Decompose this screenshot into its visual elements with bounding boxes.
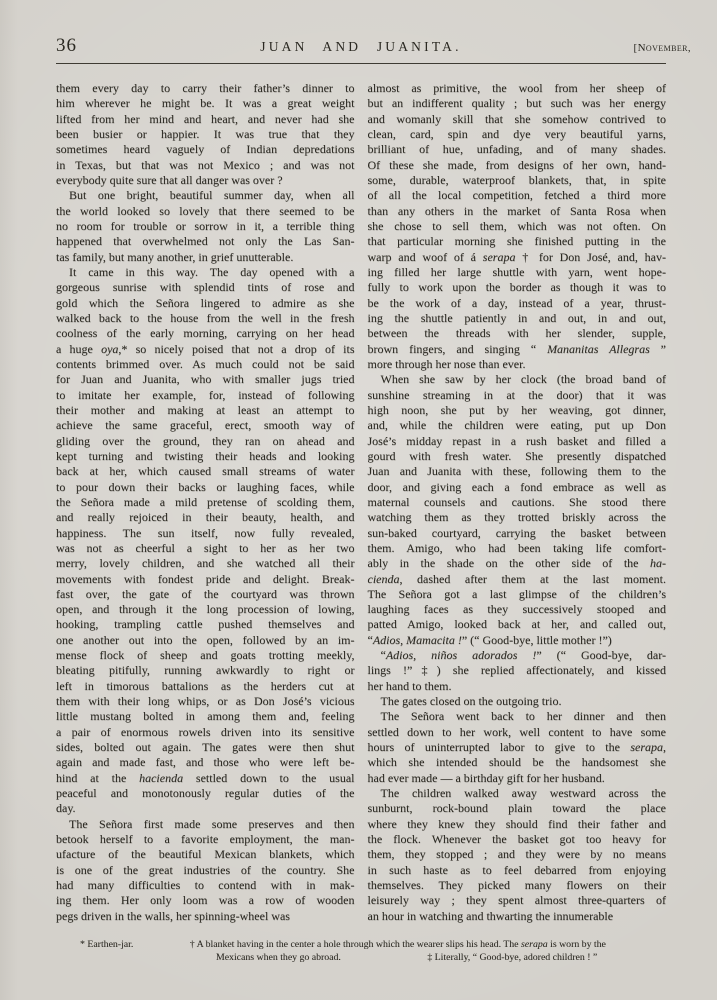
text-line: cienda, dashed after them at the last mo… <box>368 572 667 587</box>
text-line: hind at the hacienda settled down to the… <box>56 771 355 786</box>
page-header: 36 JUAN AND JUANITA. [November, <box>56 35 666 57</box>
paragraph: almost as primitive, the wool from her s… <box>368 81 667 372</box>
text-line: back at her, which caused small streams … <box>56 464 355 479</box>
text-line: ably in the shade on the other side of t… <box>368 556 667 571</box>
text-line: to imitate her example, for, instead of … <box>56 388 355 403</box>
text-line: that particular morning she finished put… <box>368 234 667 249</box>
text-line: ing them. Her only loom was a row of woo… <box>56 893 355 908</box>
text-line: is one of the great industries of the co… <box>56 863 355 878</box>
text-line: than any others in the market of Santa R… <box>368 204 667 219</box>
text-line: Juan and Juanita with these, following t… <box>368 464 667 479</box>
text-line: the Señora made a mild pretense of scold… <box>56 495 355 510</box>
text-line: almost as primitive, the wool from her s… <box>368 81 667 96</box>
text-line: brown fingers, and singing “ Mananitas A… <box>368 342 667 357</box>
text-line: leisurely way ; they spent almost three-… <box>368 893 667 908</box>
text-line: sun-baked courtyard, carrying the basket… <box>368 526 667 541</box>
text-line: him wherever he might be. It was a great… <box>56 96 355 111</box>
text-line: achieve the same graceful, erect, smooth… <box>56 418 355 433</box>
paragraph: It came in this way. The day opened with… <box>56 265 355 817</box>
text-columns: them every day to carry their father’s d… <box>56 81 666 924</box>
text-line: themselves. They picked many flowers on … <box>368 878 667 893</box>
text-line: betook herself to a favorite employment,… <box>56 832 355 847</box>
paragraph: them every day to carry their father’s d… <box>56 81 355 188</box>
page-content: 36 JUAN AND JUANITA. [November, them eve… <box>56 35 666 964</box>
text-line: It came in this way. The day opened with… <box>56 265 355 280</box>
issue-label: [November, <box>601 42 691 54</box>
text-line: ing filled her large shuttle with yarn, … <box>368 265 667 280</box>
footnote-blanket: † A blanket having in the center a hole … <box>190 939 606 950</box>
text-line: had ever made — a birthday gift for her … <box>368 771 667 786</box>
text-line: sides, bolted out again. The gates were … <box>56 740 355 755</box>
text-line: “Adios, niños adorados !” (“ Good-bye, d… <box>368 648 667 663</box>
text-line: watching them as they trotted briskly ac… <box>368 510 667 525</box>
text-line: door, and giving each a fond embrace as … <box>368 480 667 495</box>
text-line: contents brimmed over. As much could not… <box>56 357 355 372</box>
text-line: a pair of enormous rowels driven into it… <box>56 725 355 740</box>
text-line: which she intended should be the handsom… <box>368 755 667 770</box>
text-line: their mother and making at least an atte… <box>56 403 355 418</box>
text-line: merry, lovely children, and she watched … <box>56 556 355 571</box>
text-line: But one bright, beautiful summer day, wh… <box>56 188 355 203</box>
text-line: lings !”‡) she replied affectionately, a… <box>368 663 667 678</box>
paragraph: When she saw by her clock (the broad ban… <box>368 372 667 648</box>
text-line: sunburnt, rock-bound plain toward the pl… <box>368 801 667 816</box>
paragraph: But one bright, beautiful summer day, wh… <box>56 188 355 265</box>
text-line: movements with fondest pride and delight… <box>56 572 355 587</box>
text-line: her hand to them. <box>368 679 667 694</box>
text-line: warp and woof of á serapa † for Don José… <box>368 250 667 265</box>
scanned-book-page: 36 JUAN AND JUANITA. [November, them eve… <box>0 0 717 1000</box>
text-line: gorgeous sunrise with splendid tints of … <box>56 280 355 295</box>
text-line: happened that overwhelmed not only the L… <box>56 234 355 249</box>
text-line: a huge oya,* so nicely poised that not a… <box>56 342 355 357</box>
text-line: “Adios, Mamacita !” (“ Good-bye, little … <box>368 633 667 648</box>
text-line: lifted from her mind and heart, and neve… <box>56 112 355 127</box>
text-line: and womanly skill that she somehow contr… <box>368 112 667 127</box>
text-line: The Señora first made some preserves and… <box>56 817 355 832</box>
text-line: gold which the Señora lingered to admire… <box>56 296 355 311</box>
text-line: more through her nose than ever. <box>368 357 667 372</box>
text-line: José’s midday repast in a rush basket an… <box>368 434 667 449</box>
footnotes: * Earthen-jar. † A blanket having in the… <box>56 938 666 964</box>
paragraph: The Señora first made some preserves and… <box>56 817 355 924</box>
text-line: sometimes heard vaguely of Indian depred… <box>56 142 355 157</box>
text-line: them, they stopped ; and they were by no… <box>368 847 667 862</box>
header-rule <box>56 63 666 64</box>
text-line: little mustang bolted in among them and,… <box>56 709 355 724</box>
text-line: happiness. The sun itself, now fully rev… <box>56 526 355 541</box>
text-line: the flock. Whenever the basket got too h… <box>368 832 667 847</box>
footnote-line: Mexicans when they go abroad. ‡ Literall… <box>56 951 666 964</box>
text-line: The Señora went back to her dinner and t… <box>368 709 667 724</box>
footnote-earthen-jar: * Earthen-jar. <box>80 939 133 950</box>
text-line: fully to work upon the border as though … <box>368 280 667 295</box>
text-line: she chose to sell them, which was not of… <box>368 219 667 234</box>
paragraph: The gates closed on the outgoing trio. <box>368 694 667 709</box>
text-line: The Señora got a last glimpse of the chi… <box>368 587 667 602</box>
text-line: coolness of the early morning, carrying … <box>56 326 355 341</box>
footnote-literally: ‡ Literally, “ Good-bye, adored children… <box>427 952 597 963</box>
text-line: The gates closed on the outgoing trio. <box>368 694 667 709</box>
text-line: had many difficulties to contend with in… <box>56 878 355 893</box>
text-line: been busier or happier. It was true that… <box>56 127 355 142</box>
text-line: hooking, trampling cattle pushed themsel… <box>56 617 355 632</box>
left-column: them every day to carry their father’s d… <box>56 81 355 924</box>
text-line: but an indifferent quality ; but such wa… <box>368 96 667 111</box>
text-line: pegs driven in the walls, her spinning-w… <box>56 909 355 924</box>
text-line: the world looked so lovely that there se… <box>56 204 355 219</box>
text-line: everybody quite sure that all danger was… <box>56 173 355 188</box>
text-line: one another out into the open, followed … <box>56 633 355 648</box>
text-line: laughing faces as they successively stoo… <box>368 602 667 617</box>
text-line: clean, card, spin and dye very beautiful… <box>368 127 667 142</box>
text-line: an hour in watching and thwarting the in… <box>368 909 667 924</box>
text-line: ufacture of the beautiful Mexican blanke… <box>56 847 355 862</box>
text-line: fast over, the gate of the courtyard was… <box>56 587 355 602</box>
text-line: sunshine streaming in at the door) that … <box>368 388 667 403</box>
paragraph: The children walked away westward across… <box>368 786 667 924</box>
text-line: peaceful and monotonously regular duties… <box>56 786 355 801</box>
running-title: JUAN AND JUANITA. <box>146 39 576 55</box>
text-line: high noon, she put by her weaving, got d… <box>368 403 667 418</box>
text-line: for Juan and Juanita, who with smaller j… <box>56 372 355 387</box>
text-line: Of these she made, from designs of her o… <box>368 158 667 173</box>
footnote-blanket-cont: Mexicans when they go abroad. <box>216 952 341 963</box>
text-line: them every day to carry their father’s d… <box>56 81 355 96</box>
text-line: hours of uninterrupted labor to give to … <box>368 740 667 755</box>
text-line: The children walked away westward across… <box>368 786 667 801</box>
text-line: no room for trouble or sorrow in it, a t… <box>56 219 355 234</box>
paragraph: “Adios, niños adorados !” (“ Good-bye, d… <box>368 648 667 694</box>
text-line: and, while the children were eating, put… <box>368 418 667 433</box>
text-line: and really rejoiced in their beauty, hea… <box>56 510 355 525</box>
text-line: again and made fast, and those who were … <box>56 755 355 770</box>
text-line: to pour down their backs or laughing fac… <box>56 480 355 495</box>
text-line: kept turning and twisting their heads an… <box>56 449 355 464</box>
text-line: settled down to her work, well content t… <box>368 725 667 740</box>
text-line: of all the local competition, fetched a … <box>368 188 667 203</box>
text-line: maternal counsels and cautions. She stoo… <box>368 495 667 510</box>
text-line: tas family, but many another, in grief u… <box>56 250 355 265</box>
text-line: ing the shuttle patiently in and out, in… <box>368 311 667 326</box>
page-number: 36 <box>56 35 146 57</box>
text-line: gliding over the ground, they ran on ahe… <box>56 434 355 449</box>
right-column: almost as primitive, the wool from her s… <box>368 81 667 924</box>
text-line: left in timorous battalions as the herde… <box>56 679 355 694</box>
paragraph: The Señora went back to her dinner and t… <box>368 709 667 786</box>
text-line: between the threads with her slender, su… <box>368 326 667 341</box>
footnote-line: * Earthen-jar. † A blanket having in the… <box>56 938 666 951</box>
text-line: some, durable, waterproof blankets, that… <box>368 173 667 188</box>
text-line: patted Amigo, looked back at her, and ca… <box>368 617 667 632</box>
text-line: day. <box>56 801 355 816</box>
text-line: bleating pitifully, running awkwardly to… <box>56 663 355 678</box>
text-line: mense flock of sheep and goats trotting … <box>56 648 355 663</box>
text-line: where they knew they should find their f… <box>368 817 667 832</box>
text-line: walked back to the house from the well i… <box>56 311 355 326</box>
text-line: brilliant of hue, unfading, and of many … <box>368 142 667 157</box>
text-line: open, and through it the long procession… <box>56 602 355 617</box>
text-line: gourd with fresh water. She presently di… <box>368 449 667 464</box>
text-line: them with their long whips, or as Don Jo… <box>56 694 355 709</box>
text-line: in such haste as to feel debarred from e… <box>368 863 667 878</box>
text-line: be the work of a day, instead of a year,… <box>368 296 667 311</box>
text-line: in Texas, but that was not Mexico ; and … <box>56 158 355 173</box>
text-line: When she saw by her clock (the broad ban… <box>368 372 667 387</box>
text-line: was not as cheerful a sight to her as he… <box>56 541 355 556</box>
text-line: them. Amigo, who had been taking life co… <box>368 541 667 556</box>
